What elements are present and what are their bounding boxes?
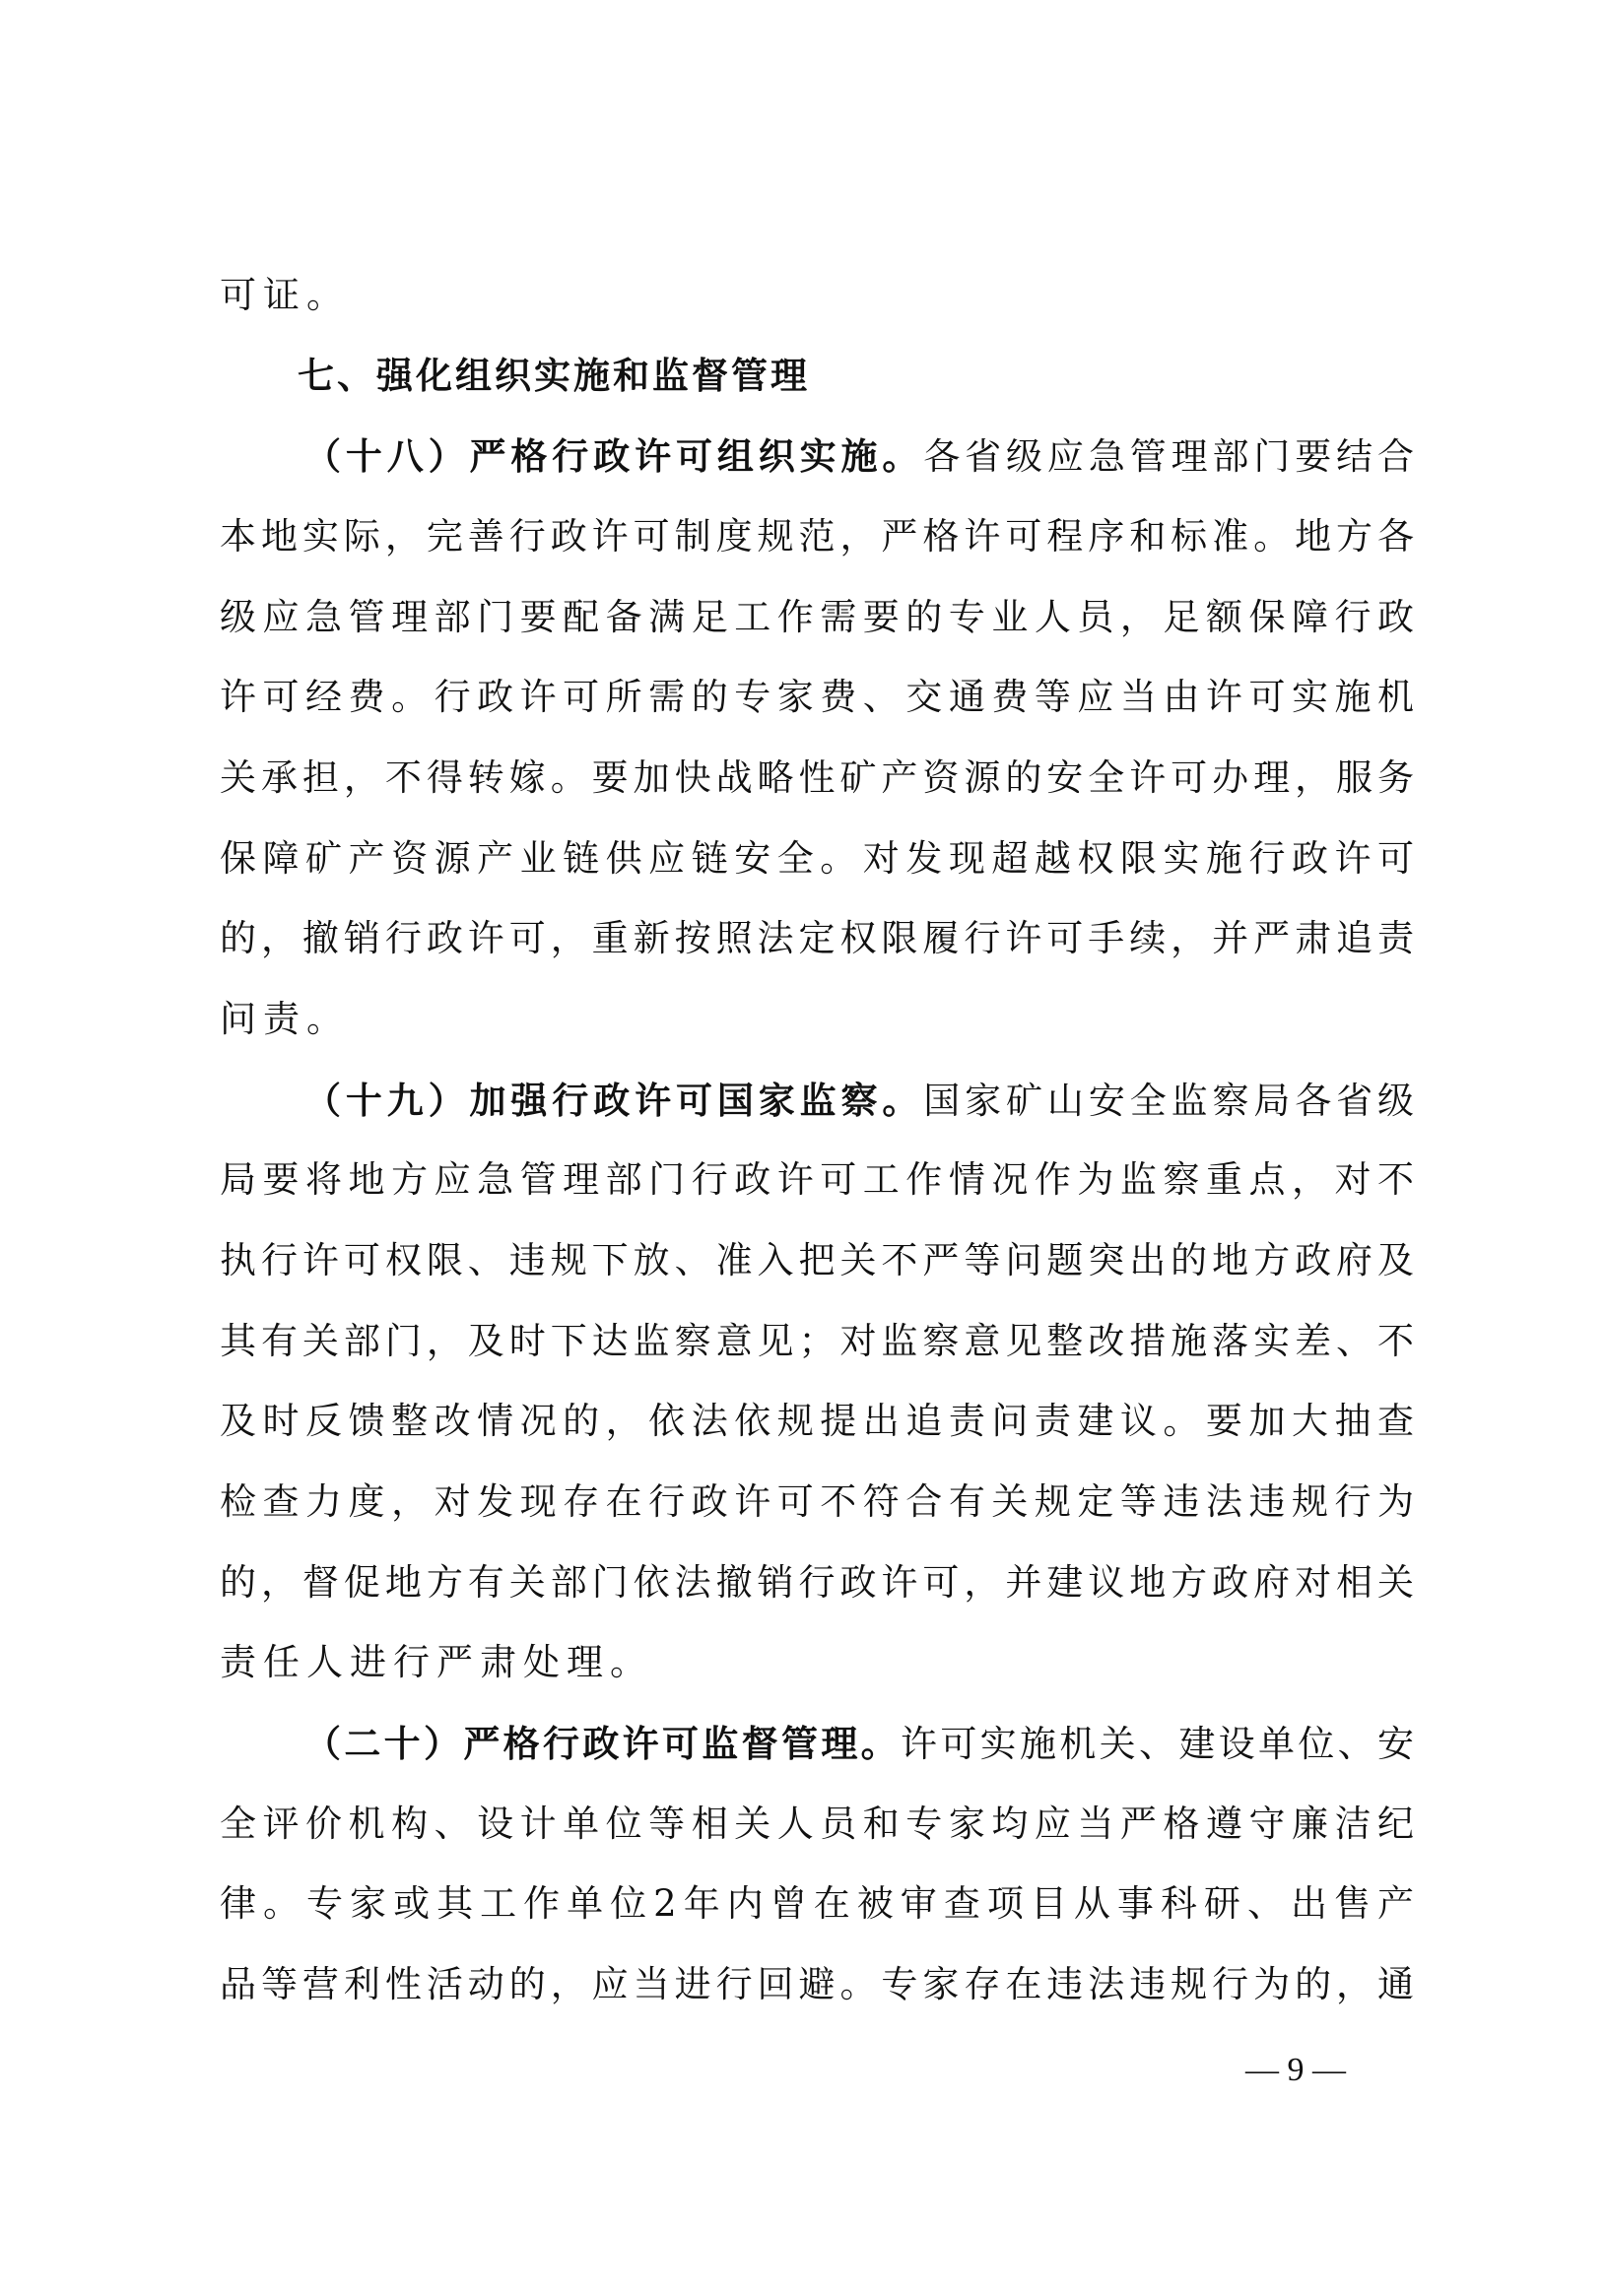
body-text: 检查力度，对发现存在行政许可不符合有关规定等违法违规行为 [220, 1480, 1414, 1523]
body-line: 关承担，不得转嫁。要加快战略性矿产资源的安全许可办理，服务 [220, 738, 1414, 819]
heading-text: 七、强化组织实施和监督管理 [298, 355, 810, 397]
body-line: 检查力度，对发现存在行政许可不符合有关规定等违法违规行为 [220, 1462, 1414, 1542]
paragraph-20-first-line: （二十）严格行政许可监督管理。许可实施机关、建设单位、安 [304, 1703, 1414, 1784]
body-text: 问责。 [220, 998, 350, 1040]
body-line: 级应急管理部门要配备满足工作需要的专业人员，足额保障行政 [220, 577, 1414, 658]
body-line: 的，撤销行政许可，重新按照法定权限履行许可手续，并严肃追责 [220, 898, 1414, 979]
body-text: 律。专家或其工作单位2年内曾在被审查项目从事科研、出售产 [220, 1882, 1414, 1925]
body-line: 问责。 [220, 979, 1414, 1060]
paragraph-19-title: （十九）加强行政许可国家监察。 [304, 1079, 923, 1122]
body-text: 许可实施机关、建设单位、安 [901, 1723, 1414, 1765]
body-text: 的，督促地方有关部门依法撤销行政许可，并建议地方政府对相关 [220, 1561, 1414, 1604]
page-number: — 9 — [1212, 2049, 1379, 2092]
body-line: 及时反馈整改情况的，依法依规提出追责问责建议。要加大抽查 [220, 1381, 1414, 1462]
body-text: 及时反馈整改情况的，依法依规提出追责问责建议。要加大抽查 [220, 1400, 1414, 1442]
body-line: 许可经费。行政许可所需的专家费、交通费等应当由许可实施机 [220, 657, 1414, 738]
body-line: 局要将地方应急管理部门行政许可工作情况作为监察重点，对不 [220, 1140, 1414, 1220]
body-text: 许可经费。行政许可所需的专家费、交通费等应当由许可实施机 [220, 676, 1414, 718]
body-text: 全评价机构、设计单位等相关人员和专家均应当严格遵守廉洁纪 [220, 1803, 1414, 1845]
document-page: 可证。 七、强化组织实施和监督管理 （十八）严格行政许可组织实施。各省级应急管理… [0, 0, 1607, 2296]
body-line: 执行许可权限、违规下放、准入把关不严等问题突出的地方政府及 [220, 1220, 1414, 1301]
body-text: 国家矿山安全监察局各省级 [923, 1080, 1414, 1122]
body-text: 本地实际，完善行政许可制度规范，严格许可程序和标准。地方各 [220, 515, 1414, 558]
paragraph-19-first-line: （十九）加强行政许可国家监察。国家矿山安全监察局各省级 [304, 1060, 1414, 1141]
body-line: 品等营利性活动的，应当进行回避。专家存在违法违规行为的，通 [220, 1944, 1414, 2025]
body-text: 保障矿产资源产业链供应链安全。对发现超越权限实施行政许可 [220, 837, 1414, 880]
body-text: 责任人进行严肃处理。 [220, 1641, 653, 1683]
body-text: 局要将地方应急管理部门行政许可工作情况作为监察重点，对不 [220, 1158, 1414, 1201]
body-line: 可证。 [220, 255, 1414, 336]
body-line: 全评价机构、设计单位等相关人员和专家均应当严格遵守廉洁纪 [220, 1784, 1414, 1865]
body-line: 的，督促地方有关部门依法撤销行政许可，并建议地方政府对相关 [220, 1542, 1414, 1623]
paragraph-18-first-line: （十八）严格行政许可组织实施。各省级应急管理部门要结合 [304, 416, 1414, 496]
body-text: 各省级应急管理部门要结合 [923, 435, 1414, 478]
paragraph-20-title: （二十）严格行政许可监督管理。 [304, 1722, 901, 1765]
body-line: 本地实际，完善行政许可制度规范，严格许可程序和标准。地方各 [220, 496, 1414, 577]
paragraph-18-title: （十八）严格行政许可组织实施。 [304, 434, 923, 478]
body-text: 品等营利性活动的，应当进行回避。专家存在违法违规行为的，通 [220, 1963, 1414, 2005]
body-line: 保障矿产资源产业链供应链安全。对发现超越权限实施行政许可 [220, 819, 1414, 899]
body-text: 关承担，不得转嫁。要加快战略性矿产资源的安全许可办理，服务 [220, 756, 1414, 799]
body-text: 级应急管理部门要配备满足工作需要的专业人员，足额保障行政 [220, 596, 1414, 638]
body-line: 其有关部门，及时下达监察意见；对监察意见整改措施落实差、不 [220, 1301, 1414, 1382]
body-text: 执行许可权限、违规下放、准入把关不严等问题突出的地方政府及 [220, 1239, 1414, 1281]
body-text: 可证。 [220, 274, 350, 316]
body-text: 其有关部门，及时下达监察意见；对监察意见整改措施落实差、不 [220, 1320, 1414, 1362]
body-text: 的，撤销行政许可，重新按照法定权限履行许可手续，并严肃追责 [220, 917, 1414, 959]
section-heading: 七、强化组织实施和监督管理 [298, 336, 810, 417]
body-line: 责任人进行严肃处理。 [220, 1622, 1414, 1703]
body-line: 律。专家或其工作单位2年内曾在被审查项目从事科研、出售产 [220, 1864, 1414, 1944]
